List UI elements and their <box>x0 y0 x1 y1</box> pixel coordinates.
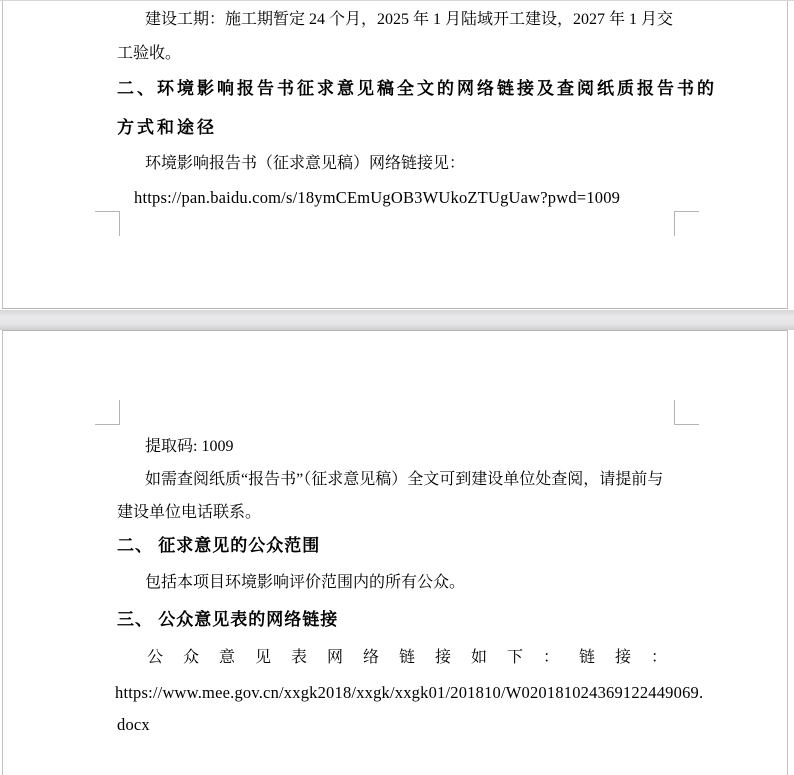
report-link-intro: 环境影响报告书（征求意见稿）网络链接见： <box>145 154 465 174</box>
public-scope-text: 包括本项目环境影响评价范围内的所有公众。 <box>145 573 465 593</box>
section-heading-form-link: 三、 公众意见表的网络链接 <box>117 610 338 630</box>
extraction-code-text: 提取码: 1009 <box>145 437 233 457</box>
section-heading-network-link-line-2: 方式和途径 <box>117 118 217 138</box>
margin-corner-mark-bottom-left <box>95 211 120 236</box>
form-link-intro: 公众意见表网络链接如下：链接： <box>147 648 687 668</box>
margin-corner-mark-bottom-right <box>674 211 699 236</box>
form-url-text-line-1: https://www.mee.gov.cn/xxgk2018/xxgk/xxg… <box>115 683 703 703</box>
paper-review-line-2: 建设单位电话联系。 <box>117 503 261 523</box>
margin-corner-mark-top-right <box>674 400 699 425</box>
page-gap <box>0 310 794 330</box>
section-heading-network-link-line-1: 二、环境影响报告书征求意见稿全文的网络链接及查阅纸质报告书的 <box>117 79 717 99</box>
paper-review-line-1: 如需查阅纸质“报告书”（征求意见稿）全文可到建设单位处查阅，请提前与 <box>145 470 663 490</box>
construction-period-line-2: 工验收。 <box>117 44 181 64</box>
report-url-text: https://pan.baidu.com/s/18ymCEmUgOB3WUko… <box>134 188 620 208</box>
construction-period-line-1: 建设工期：施工期暂定 24 个月，2025 年 1 月陆域开工建设，2027 年… <box>145 10 673 30</box>
form-url-text-line-2: docx <box>117 715 150 735</box>
section-heading-public-scope: 二、 征求意见的公众范围 <box>117 536 320 556</box>
margin-corner-mark-top-left <box>95 400 120 425</box>
document-page-2[interactable]: 提取码: 1009 如需查阅纸质“报告书”（征求意见稿）全文可到建设单位处查阅，… <box>2 330 788 775</box>
viewport-top-edge <box>0 0 794 1</box>
document-page-1[interactable]: 建设工期：施工期暂定 24 个月，2025 年 1 月陆域开工建设，2027 年… <box>2 0 788 309</box>
